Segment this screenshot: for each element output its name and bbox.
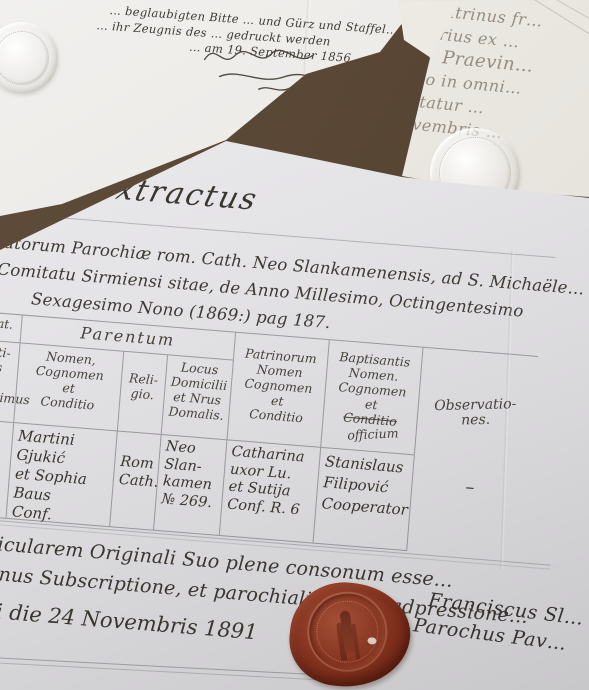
signature-flourish-icon — [198, 37, 342, 105]
wax-seal-stamp-impression — [302, 587, 392, 677]
column-header-baptisantis: Baptisantis Nomen. Cognomen etConditioof… — [321, 340, 423, 455]
cell-domicile: Neo Slan- kamen № 269. — [154, 435, 227, 536]
column-header-nomen: Nomen, Cognomen et Conditio — [14, 343, 124, 431]
register-table: …isat. Parentum Legiti- mus vel illegiti… — [0, 310, 538, 560]
baptisantis-header-text: Baptisantis Nomen. Cognomen et — [338, 349, 411, 412]
cell-religion: Rom Cath. — [110, 432, 162, 531]
column-header-observationes: Observatio- nes.– — [407, 348, 538, 561]
correction-word-officium: officium — [331, 425, 415, 443]
column-header-locus: Locus Domicilii et Nrus Domalis. — [162, 355, 234, 440]
table-corner-label: …isat. — [0, 311, 23, 344]
cell-godparents: Catharina uxor Lu. et Sutija Conf. R. 6 — [220, 440, 321, 543]
photographed-documents: … beglaubigten Bitte … und Gürz und Staf… — [0, 0, 589, 690]
underlying-paper-edge — [0, 657, 328, 680]
observationes-value: – — [417, 476, 523, 499]
column-header-religio: Reli- gio. — [118, 352, 168, 435]
column-header-patrinorum: Patrinorum Nomen Cognomen et Conditio — [227, 333, 329, 448]
cell-baptizing-priest: Stanislaus Filipović Cooperator — [313, 448, 414, 551]
cell-parents-names: Martini Gjukić et Sophia Baus Conf. — [6, 423, 117, 527]
embossed-seal-inner-ring — [0, 31, 49, 85]
blind-embossed-seal-icon — [0, 22, 58, 94]
